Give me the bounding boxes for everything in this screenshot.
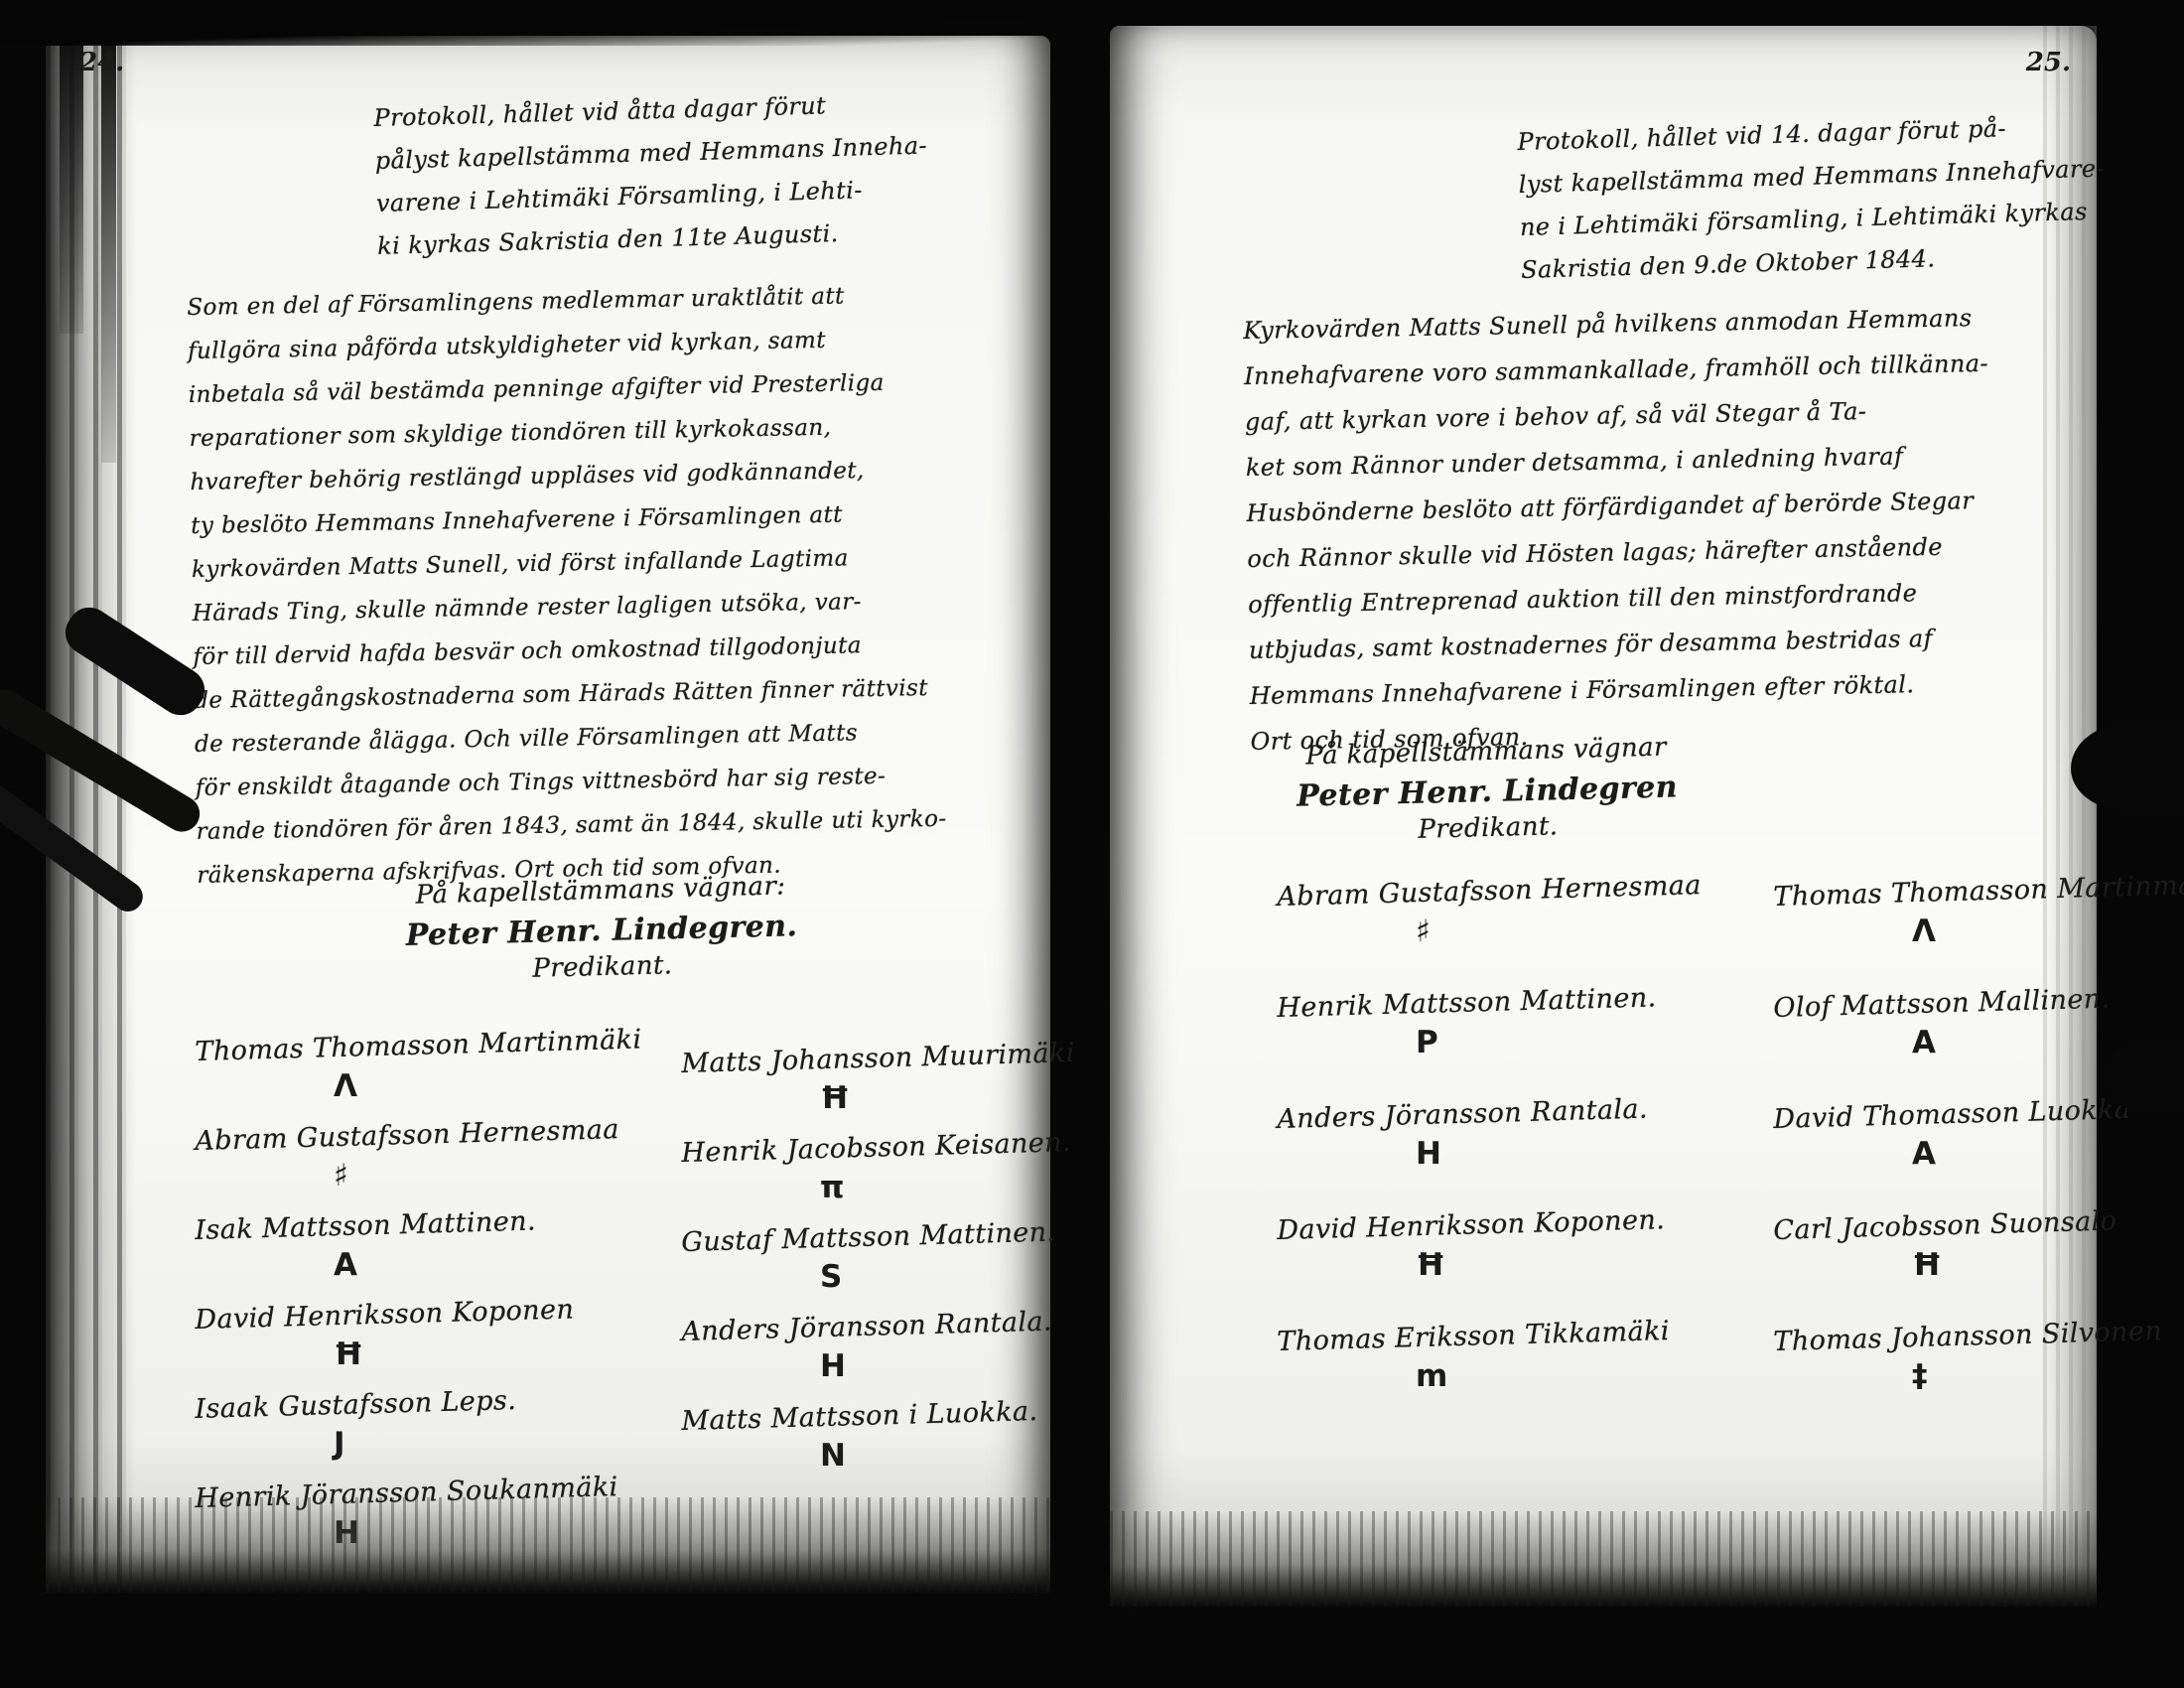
binding-tape-mark bbox=[60, 36, 83, 334]
scan-bottom-shadow bbox=[1110, 1511, 2097, 1607]
signature-house-mark: Ʌ bbox=[334, 1071, 631, 1101]
right-attestation: På kapellstämmans vägnar Peter Henr. Lin… bbox=[1228, 731, 1746, 850]
signature-house-mark: Ħ bbox=[1416, 1250, 1753, 1280]
signature-name: Thomas Thomasson Martinmäki bbox=[1773, 873, 2092, 913]
signature: David Henriksson Koponen Ħ bbox=[195, 1305, 631, 1394]
signature: Anders Jöransson Rantala. H bbox=[681, 1317, 1048, 1406]
scan-top-shadow bbox=[0, 0, 1092, 46]
signature: Carl Jacobsson Suonsalo Ħ bbox=[1773, 1215, 2091, 1327]
signature-house-mark: ‡ bbox=[1912, 1361, 2091, 1391]
signature-house-mark: A bbox=[1912, 1139, 2091, 1169]
signature: Abram Gustafsson Hernesmaa ♯ bbox=[1277, 882, 1753, 993]
right-protocol-heading: Protokoll, hållet vid 14. dagar förut på… bbox=[1517, 105, 2108, 292]
signature: Thomas Johansson Silvonen ‡ bbox=[1773, 1327, 2091, 1438]
signature-house-mark: A bbox=[334, 1250, 631, 1280]
binding-tape-mark bbox=[101, 36, 116, 463]
signature-name: Abram Gustafsson Hernesmaa bbox=[1277, 869, 1754, 913]
signature: Matts Johansson Muurimäki Ħ bbox=[681, 1049, 1048, 1138]
right-page-signature-column-a: Abram Gustafsson Hernesmaa ♯ Henrik Matt… bbox=[1277, 882, 1753, 1438]
signature-house-mark: Ħ bbox=[334, 1339, 631, 1369]
signature: Henrik Jacobsson Keisanen. π bbox=[681, 1138, 1048, 1227]
left-attestation: På kapellstämmans vägnar: Peter Henr. Li… bbox=[342, 870, 861, 989]
signature-name: Matts Johansson Muurimäki bbox=[681, 1039, 1049, 1079]
right-page-number: 25. bbox=[2026, 48, 2071, 77]
manuscript-scan: 24. Protokoll, hållet vid åtta dagar för… bbox=[0, 0, 2184, 1688]
signature-house-mark: A bbox=[1912, 1028, 2091, 1057]
signature-house-mark: ♯ bbox=[1416, 916, 1753, 946]
signature: Gustaf Mattsson Mattinen. S bbox=[681, 1227, 1048, 1317]
signature: Olof Mattsson Mallinen. A bbox=[1773, 993, 2091, 1104]
signature-house-mark: H bbox=[1416, 1139, 1753, 1169]
signature-house-mark: Ʌ bbox=[1912, 916, 2091, 946]
signature-house-mark: H bbox=[820, 1351, 1048, 1381]
right-protocol-body: Kyrkovärden Matts Sunell på hvilkens anm… bbox=[1243, 295, 1995, 765]
left-page-number: 24. bbox=[79, 48, 124, 77]
signature-house-mark: Ħ bbox=[1912, 1250, 2091, 1280]
scan-edge-blob bbox=[2071, 723, 2184, 810]
left-page-signature-column-b: Matts Johansson Muurimäki Ħ Henrik Jacob… bbox=[681, 1049, 1048, 1495]
signature: Henrik Jöransson Soukanmäki H bbox=[195, 1483, 631, 1573]
signature-house-mark: H bbox=[334, 1518, 631, 1548]
scan-edge-blob bbox=[2107, 1039, 2184, 1112]
signature: Isaak Gustafsson Leps. J bbox=[195, 1394, 631, 1483]
signature: Abram Gustafsson Hernesmaa ♯ bbox=[195, 1126, 631, 1215]
left-protocol-body: Som en del af Församlingens medlemmar ur… bbox=[187, 273, 948, 898]
left-protocol-heading: Protokoll, hållet vid åtta dagar förutpå… bbox=[373, 81, 930, 267]
signature: Anders Jöransson Rantala. H bbox=[1277, 1104, 1753, 1215]
signature: Henrik Mattsson Mattinen. P bbox=[1277, 993, 1753, 1104]
signature-house-mark: J bbox=[334, 1429, 631, 1459]
signature-house-mark: P bbox=[1416, 1028, 1753, 1057]
right-page-signature-column-b: Thomas Thomasson Martinmäki Ʌ Olof Matts… bbox=[1773, 882, 2091, 1438]
signature: Isak Mattsson Mattinen. A bbox=[195, 1215, 631, 1305]
signature: David Thomasson Luokka A bbox=[1773, 1104, 2091, 1215]
left-page: 24. Protokoll, hållet vid åtta dagar för… bbox=[46, 36, 1050, 1593]
signature-house-mark: S bbox=[820, 1262, 1048, 1292]
signature-house-mark: ♯ bbox=[334, 1161, 631, 1191]
signature-name: Thomas Thomasson Martinmäki bbox=[195, 1025, 632, 1067]
signature-house-mark: Ħ bbox=[820, 1083, 1048, 1113]
left-page-signature-column-a: Thomas Thomasson Martinmäki Ʌ Abram Gust… bbox=[195, 1037, 631, 1573]
signature: Thomas Thomasson Martinmäki Ʌ bbox=[195, 1037, 631, 1126]
signature: David Henriksson Koponen. Ħ bbox=[1277, 1215, 1753, 1327]
signature: Thomas Thomasson Martinmäki Ʌ bbox=[1773, 882, 2091, 993]
right-page: 25. Protokoll, hållet vid 14. dagar föru… bbox=[1110, 26, 2097, 1607]
signature: Matts Mattsson i Luokka. N bbox=[681, 1406, 1048, 1495]
signature-house-mark: m bbox=[1416, 1361, 1753, 1391]
signature-house-mark: π bbox=[820, 1173, 1048, 1202]
signature-house-mark: N bbox=[820, 1441, 1048, 1471]
signature: Thomas Eriksson Tikkamäki m bbox=[1277, 1327, 1753, 1438]
